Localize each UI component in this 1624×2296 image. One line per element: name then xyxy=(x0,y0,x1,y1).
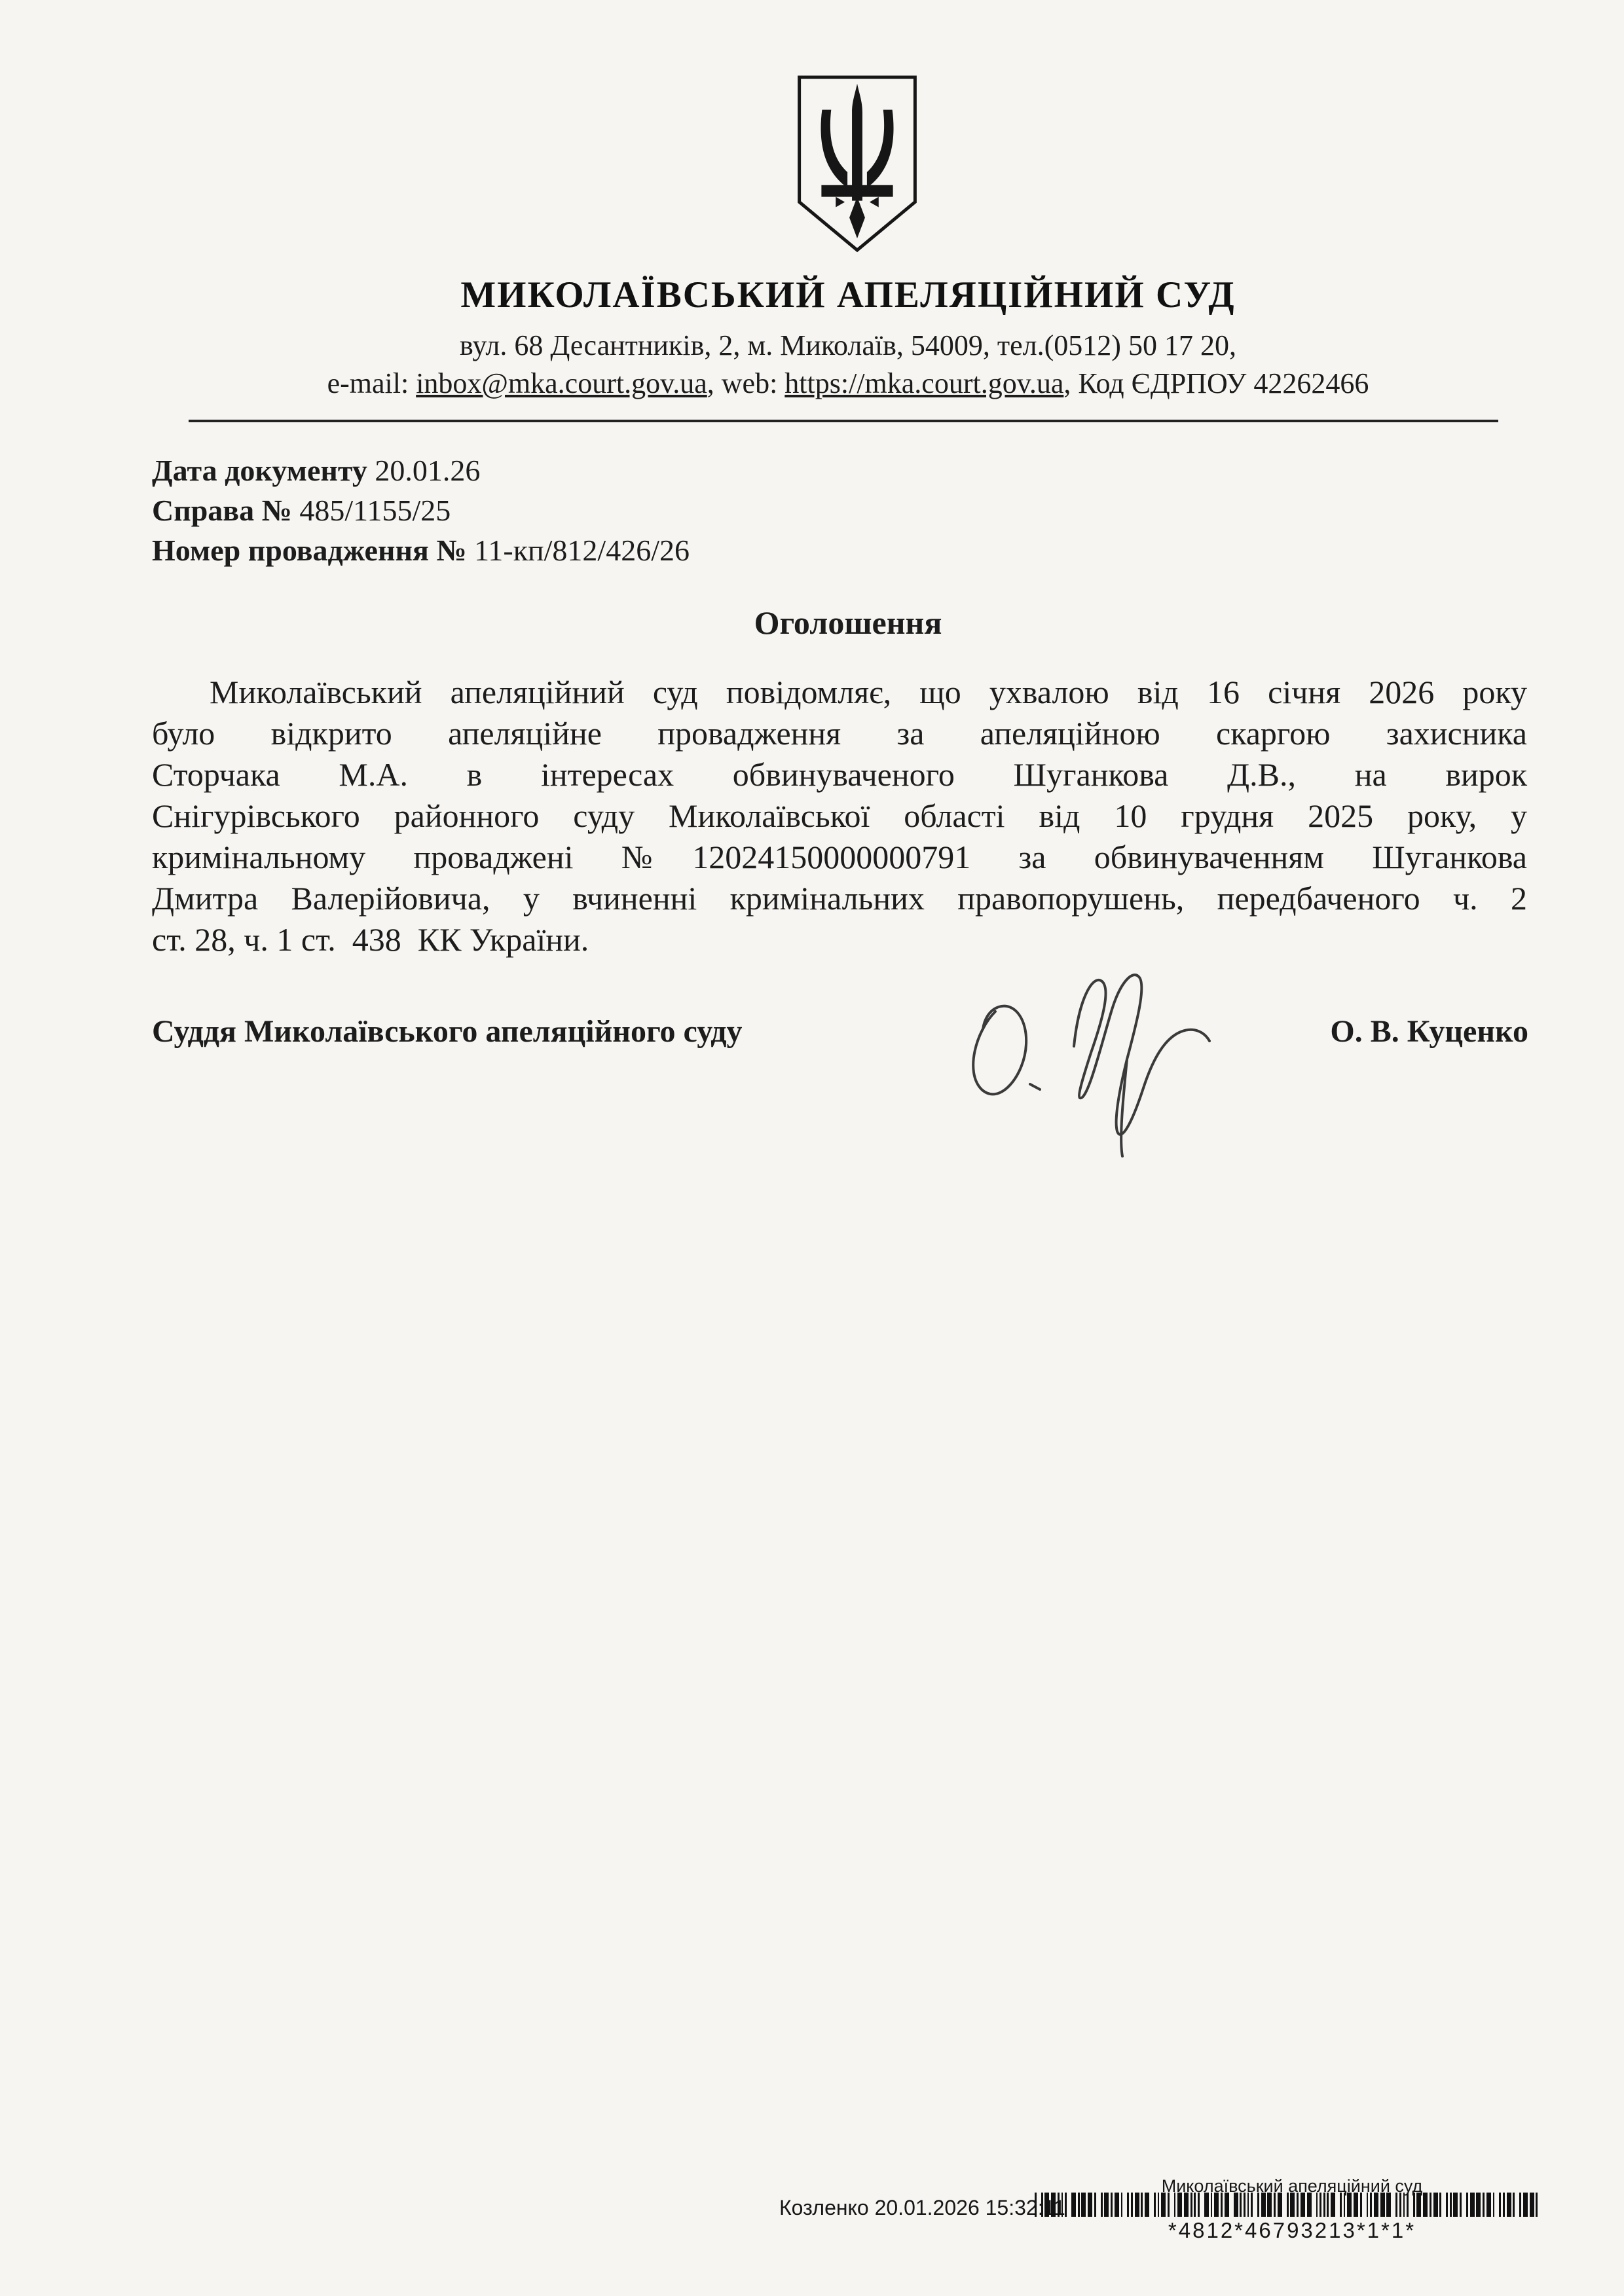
barcode-value: *4812*46793213*1*1* xyxy=(1030,2218,1554,2243)
proceeding-label: Номер провадження № xyxy=(152,534,467,567)
signature-row: Суддя Миколаївського апеляційного суду О… xyxy=(152,1013,1528,1049)
proceeding-number-line: Номер провадження № 11-кп/812/426/26 xyxy=(152,530,690,570)
header-divider xyxy=(189,420,1498,422)
court-address: вул. 68 Десантників, 2, м. Миколаїв, 540… xyxy=(72,329,1624,362)
date-label: Дата документу xyxy=(152,454,367,487)
court-name-heading: МИКОЛАЇВСЬКИЙ АПЕЛЯЦІЙНИЙ СУД xyxy=(72,274,1624,316)
ukraine-trident-emblem-icon xyxy=(794,73,920,255)
footer-stamp: Козленко 20.01.2026 15:32:11 xyxy=(779,2196,1065,2220)
body-line: Снігурівського районного суду Миколаївсь… xyxy=(152,795,1527,837)
body-line: Миколаївський апеляційний суд повідомляє… xyxy=(152,672,1527,713)
announcement-title: Оголошення xyxy=(72,604,1624,642)
date-value: 20.01.26 xyxy=(375,454,480,487)
email-link: inbox@mka.court.gov.ua xyxy=(416,367,707,399)
judge-name: О. В. Куценко xyxy=(1330,1013,1528,1049)
web-label: , web: xyxy=(707,367,785,399)
case-number-line: Справа № 485/1155/25 xyxy=(152,490,690,530)
body-line: кримінальному проваджені №12024150000000… xyxy=(152,837,1527,878)
case-value: 485/1155/25 xyxy=(299,494,451,527)
body-line: ст. 28, ч. 1 ст. 438 КК України. xyxy=(152,919,1527,960)
edrpou-code: , Код ЄДРПОУ 42262466 xyxy=(1063,367,1369,399)
case-label: Справа № xyxy=(152,494,292,527)
court-contacts: e-mail: inbox@mka.court.gov.ua, web: htt… xyxy=(72,367,1624,400)
judge-title: Суддя Миколаївського апеляційного суду xyxy=(152,1013,742,1049)
body-line: Сторчака М.А. в інтересах обвинуваченого… xyxy=(152,754,1527,795)
web-link: https://mka.court.gov.ua xyxy=(784,367,1063,399)
scanned-court-document: МИКОЛАЇВСЬКИЙ АПЕЛЯЦІЙНИЙ СУД вул. 68 Де… xyxy=(0,0,1624,2296)
document-meta: Дата документу 20.01.26 Справа № 485/115… xyxy=(152,450,690,570)
body-line: було відкрито апеляційне провадження за … xyxy=(152,713,1527,754)
announcement-body: Миколаївський апеляційний суд повідомляє… xyxy=(152,672,1527,960)
proceeding-value: 11-кп/812/426/26 xyxy=(474,534,690,567)
barcode xyxy=(1035,2193,1540,2217)
judge-handwritten-signature-icon xyxy=(927,910,1241,1172)
email-label: e-mail: xyxy=(327,367,416,399)
body-line: Дмитра Валерійовича, у вчиненні кримінал… xyxy=(152,878,1527,919)
document-date-line: Дата документу 20.01.26 xyxy=(152,450,690,490)
